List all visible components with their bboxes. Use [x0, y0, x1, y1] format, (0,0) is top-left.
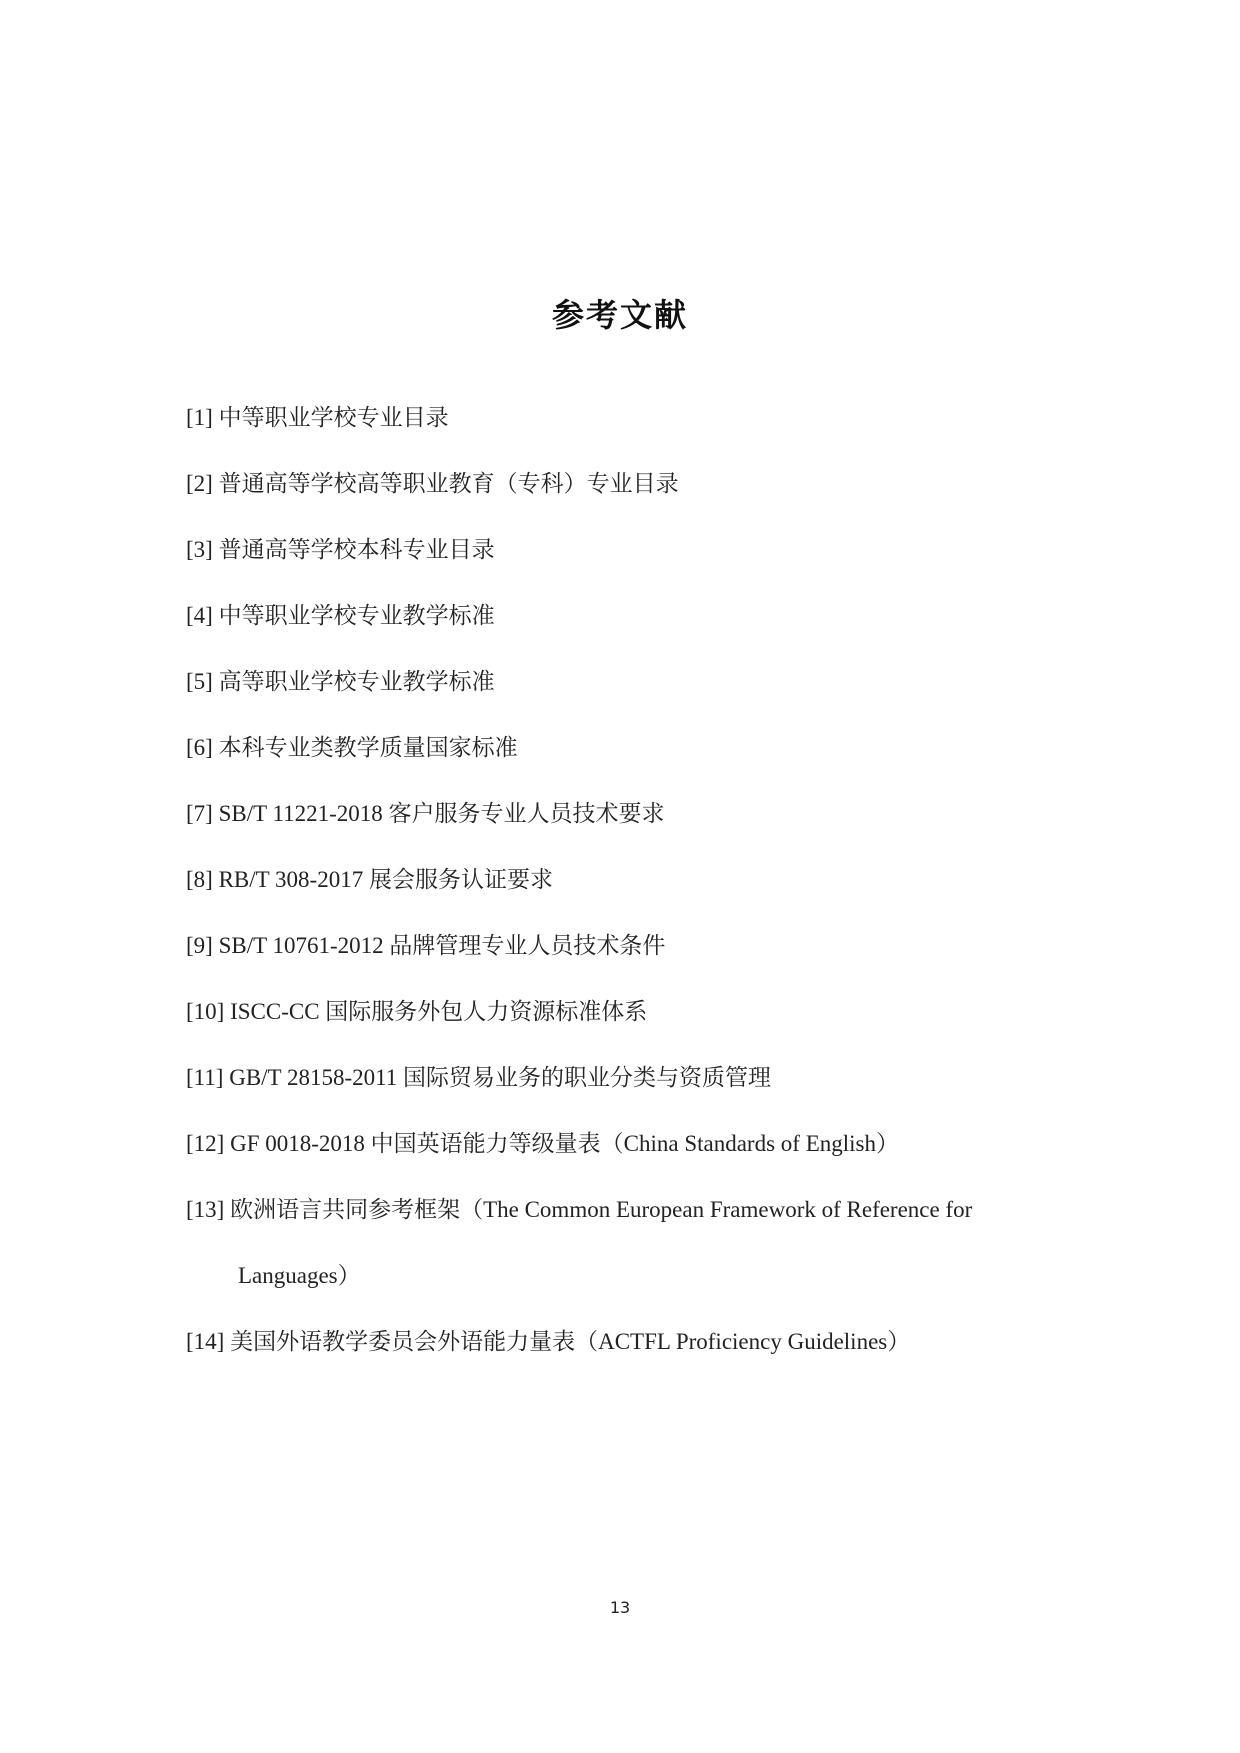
reference-text: 中等职业学校专业目录	[213, 405, 449, 430]
reference-text: 美国外语教学委员会外语能力量表（ACTFL Proficiency Guidel…	[224, 1329, 910, 1354]
reference-text: GB/T 28158-2011 国际贸易业务的职业分类与资质管理	[229, 1065, 771, 1090]
reference-item-12: [12] GF 0018-2018 中国英语能力等级量表（China Stand…	[186, 1111, 1086, 1177]
reference-text-continuation: Languages）	[186, 1243, 1086, 1309]
reference-item-8: [8] RB/T 308-2017 展会服务认证要求	[186, 847, 1086, 913]
reference-text: GF 0018-2018 中国英语能力等级量表（China Standards …	[230, 1131, 899, 1156]
reference-text: 高等职业学校专业教学标准	[213, 669, 495, 694]
reference-text: SB/T 10761-2012 品牌管理专业人员技术条件	[219, 933, 666, 958]
reference-number: [5]	[186, 669, 213, 694]
reference-text: RB/T 308-2017 展会服务认证要求	[219, 867, 553, 892]
reference-item-13: [13] 欧洲语言共同参考框架（The Common European Fram…	[186, 1177, 1086, 1309]
reference-item-7: [7] SB/T 11221-2018 客户服务专业人员技术要求	[186, 781, 1086, 847]
reference-item-2: [2] 普通高等学校高等职业教育（专科）专业目录	[186, 451, 1086, 517]
reference-number: [14]	[186, 1329, 224, 1354]
reference-item-3: [3] 普通高等学校本科专业目录	[186, 517, 1086, 583]
reference-item-14: [14] 美国外语教学委员会外语能力量表（ACTFL Proficiency G…	[186, 1309, 1086, 1375]
reference-item-10: [10] ISCC-CC 国际服务外包人力资源标准体系	[186, 979, 1086, 1045]
reference-number: [2]	[186, 471, 213, 496]
reference-item-4: [4] 中等职业学校专业教学标准	[186, 583, 1086, 649]
reference-text: SB/T 11221-2018 客户服务专业人员技术要求	[219, 801, 665, 826]
reference-text: 中等职业学校专业教学标准	[213, 603, 495, 628]
reference-number: [12]	[186, 1131, 224, 1156]
reference-item-5: [5] 高等职业学校专业教学标准	[186, 649, 1086, 715]
reference-list: [1] 中等职业学校专业目录 [2] 普通高等学校高等职业教育（专科）专业目录 …	[186, 385, 1086, 1375]
page-title: 参考文献	[0, 290, 1240, 336]
reference-text: ISCC-CC 国际服务外包人力资源标准体系	[230, 999, 647, 1024]
reference-number: [10]	[186, 999, 224, 1024]
reference-item-1: [1] 中等职业学校专业目录	[186, 385, 1086, 451]
reference-text: 欧洲语言共同参考框架（The Common European Framework…	[224, 1197, 972, 1222]
reference-number: [11]	[186, 1065, 223, 1090]
reference-number: [13]	[186, 1197, 224, 1222]
reference-number: [4]	[186, 603, 213, 628]
reference-item-6: [6] 本科专业类教学质量国家标准	[186, 715, 1086, 781]
page-number: 13	[0, 1598, 1240, 1617]
reference-number: [7]	[186, 801, 213, 826]
reference-item-9: [9] SB/T 10761-2012 品牌管理专业人员技术条件	[186, 913, 1086, 979]
document-page: 参考文献 [1] 中等职业学校专业目录 [2] 普通高等学校高等职业教育（专科）…	[0, 0, 1240, 1753]
reference-text: 普通高等学校本科专业目录	[213, 537, 495, 562]
reference-number: [3]	[186, 537, 213, 562]
reference-number: [6]	[186, 735, 213, 760]
reference-number: [1]	[186, 405, 213, 430]
reference-text: 本科专业类教学质量国家标准	[213, 735, 518, 760]
reference-item-11: [11] GB/T 28158-2011 国际贸易业务的职业分类与资质管理	[186, 1045, 1086, 1111]
reference-number: [9]	[186, 933, 213, 958]
reference-number: [8]	[186, 867, 213, 892]
reference-text: 普通高等学校高等职业教育（专科）专业目录	[213, 471, 679, 496]
